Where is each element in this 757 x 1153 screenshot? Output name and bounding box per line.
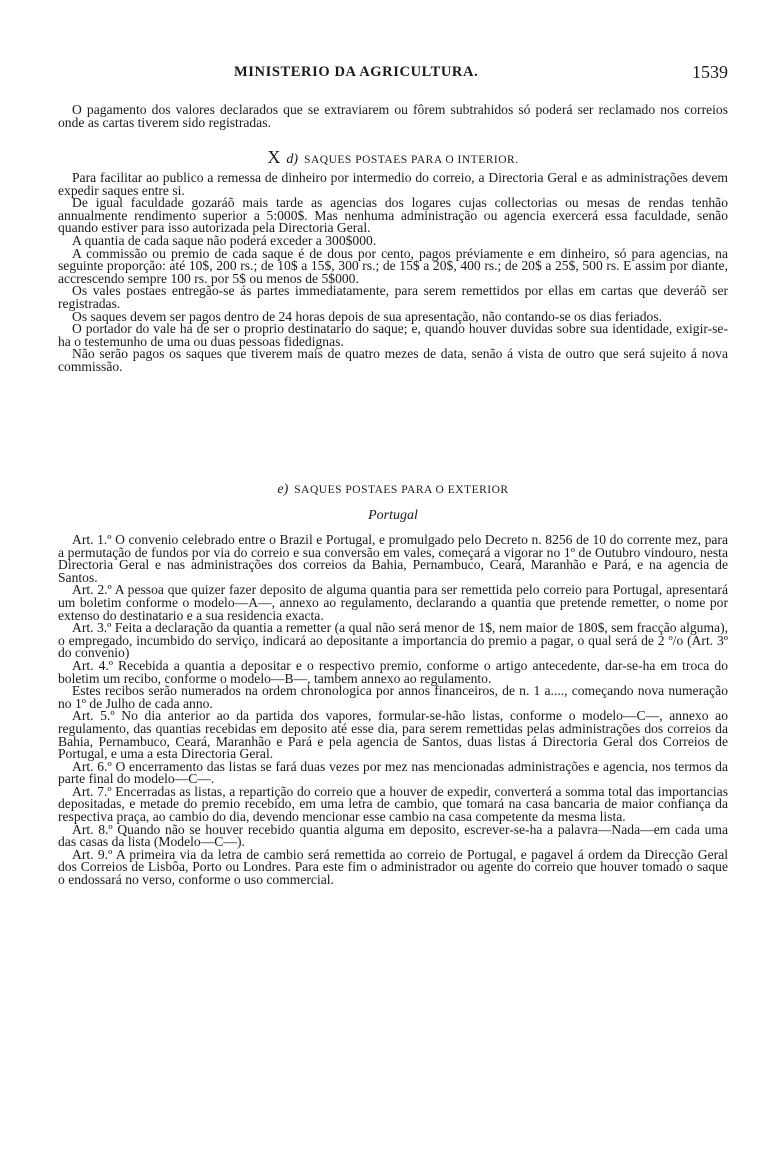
article-paragraph: Art. 4.º Recebida a quantia a depositar … bbox=[58, 660, 728, 685]
page-number: 1539 bbox=[692, 62, 728, 83]
section-d-heading: Xd)SAQUES POSTAES PARA O INTERIOR. bbox=[58, 147, 728, 168]
article-paragraph: Art. 2.º A pessoa que quizer fazer depos… bbox=[58, 584, 728, 622]
article-paragraph: Art. 6.º O encerramento das listas se fa… bbox=[58, 761, 728, 786]
article-paragraph: Art. 3.º Feita a declaração da quantia a… bbox=[58, 622, 728, 660]
section-title: SAQUES POSTAES PARA O INTERIOR. bbox=[304, 154, 518, 166]
article-paragraph: Art. 7.º Encerradas as listas, a reparti… bbox=[58, 786, 728, 824]
section-e-body: Art. 1.º O convenio celebrado entre o Br… bbox=[58, 534, 728, 887]
paragraph: De igual faculdade gozaráõ mais tarde as… bbox=[58, 197, 728, 235]
article-paragraph: Art. 5.º No dia anterior ao da partida d… bbox=[58, 710, 728, 760]
paragraph: Para facilitar ao publico a remessa de d… bbox=[58, 172, 728, 197]
running-title: MINISTERIO DA AGRICULTURA. bbox=[234, 64, 478, 81]
paragraph: Os vales postaes entregão-se ás partes i… bbox=[58, 285, 728, 310]
article-paragraph: Art. 1.º O convenio celebrado entre o Br… bbox=[58, 534, 728, 584]
intro-paragraph-block: O pagamento dos valores declarados que s… bbox=[58, 104, 728, 129]
section-letter: d) bbox=[286, 152, 298, 167]
section-d-body: Para facilitar ao publico a remessa de d… bbox=[58, 172, 728, 374]
paragraph: O pagamento dos valores declarados que s… bbox=[58, 104, 728, 129]
section-e-subtitle: Portugal bbox=[58, 508, 728, 524]
article-paragraph: Art. 8.º Quando não se houver recebido q… bbox=[58, 824, 728, 849]
paragraph: O portador do vale ha de ser o proprio d… bbox=[58, 323, 728, 348]
paragraph: A commissão ou premio de cada saque é de… bbox=[58, 248, 728, 286]
article-paragraph: Art. 9.º A primeira via da letra de camb… bbox=[58, 849, 728, 887]
page-header: MINISTERIO DA AGRICULTURA. 1539 bbox=[58, 64, 728, 84]
paragraph: Não serão pagos os saques que tiverem ma… bbox=[58, 348, 728, 373]
section-e-heading: e)SAQUES POSTAES PARA O EXTERIOR bbox=[58, 482, 728, 498]
section-title: SAQUES POSTAES PARA O EXTERIOR bbox=[294, 484, 508, 496]
article-paragraph: Estes recibos serão numerados na ordem c… bbox=[58, 685, 728, 710]
section-letter: e) bbox=[277, 482, 288, 497]
cross-mark-icon: X bbox=[267, 147, 280, 167]
